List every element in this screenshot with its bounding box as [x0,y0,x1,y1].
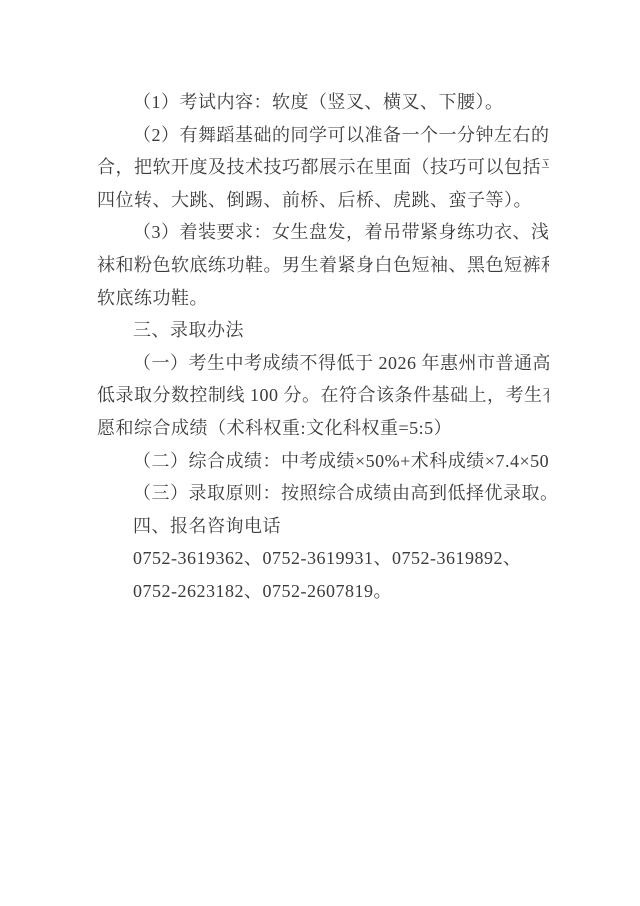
document-line: （三）录取原则：按照综合成绩由高到低择优录取。 [97,477,549,510]
document-line: （1）考试内容：软度（竖叉、横叉、下腰）。 [97,86,549,119]
document-line: （3）着装要求：女生盘发，着吊带紧身练功衣、浅色裤 [97,216,549,249]
document-line: 四位转、大跳、倒踢、前桥、后桥、虎跳、蛮子等）。 [97,184,549,217]
document-line: （2）有舞蹈基础的同学可以准备一个一分钟左右的的组 [97,119,549,152]
document-line: （一）考生中考成绩不得低于 2026 年惠州市普通高中最 [97,347,549,380]
document-line: 三、录取办法 [97,314,549,347]
document-line: 软底练功鞋。 [97,282,549,315]
document-line: 0752-2623182、0752-2607819。 [97,575,549,608]
document-body: （1）考试内容：软度（竖叉、横叉、下腰）。 （2）有舞蹈基础的同学可以准备一个一… [97,86,549,608]
document-line: 低录取分数控制线 100 分。在符合该条件基础上，考生有效志 [97,379,549,412]
document-page: （1）考试内容：软度（竖叉、横叉、下腰）。 （2）有舞蹈基础的同学可以准备一个一… [0,0,640,906]
document-line: （二）综合成绩：中考成绩×50%+术科成绩×7.4×50%。 [97,445,549,478]
document-line: 袜和粉色软底练功鞋。男生着紧身白色短袖、黑色短裤和肉色 [97,249,549,282]
document-line: 合，把软开度及技术技巧都展示在里面（技巧可以包括平转、 [97,151,549,184]
document-line: 四、报名咨询电话 [97,510,549,543]
document-line: 愿和综合成绩（术科权重:文化科权重=5:5） [97,412,549,445]
document-line: 0752-3619362、0752-3619931、0752-3619892、 [97,542,549,575]
